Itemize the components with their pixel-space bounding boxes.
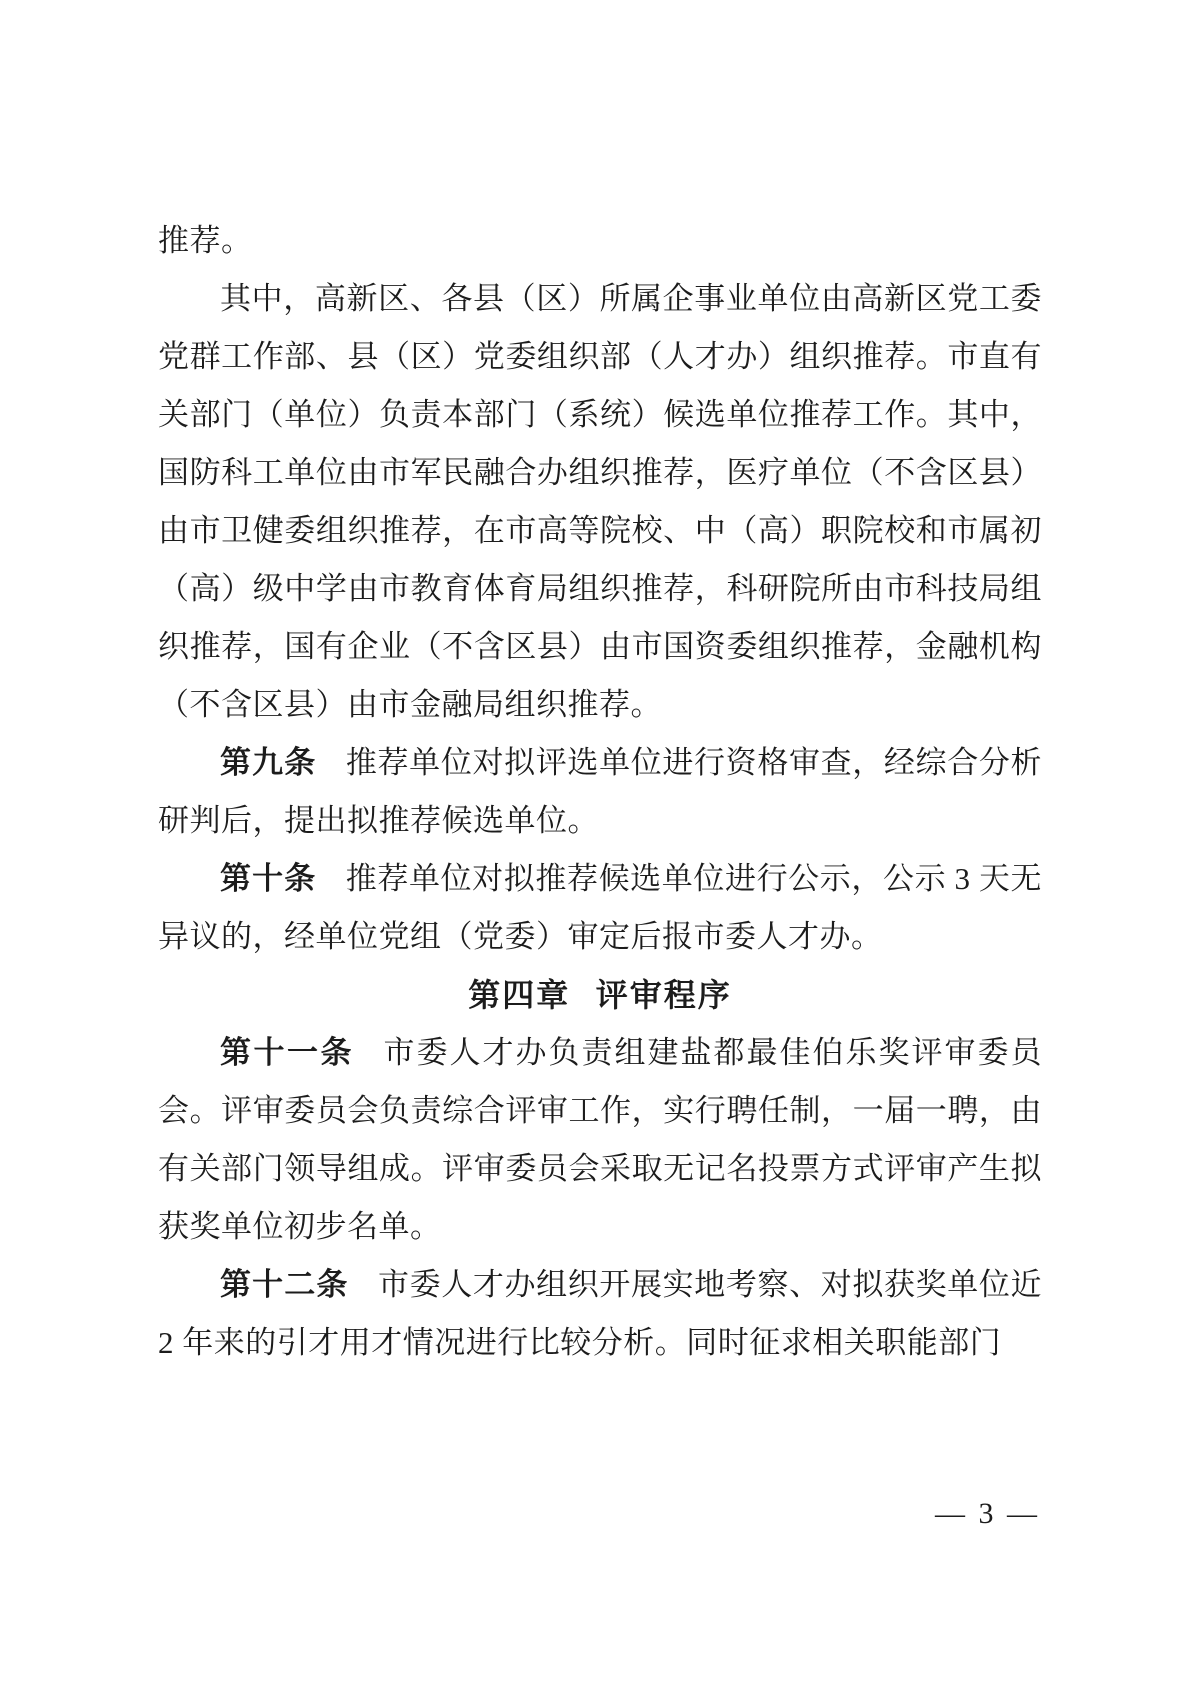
paragraph-text: 推荐。 xyxy=(158,223,253,258)
document-page: 推荐。 其中，高新区、各县（区）所属企事业单位由高新区党工委党群工作部、县（区）… xyxy=(0,0,1191,1684)
paragraph-recommendation-channels: 其中，高新区、各县（区）所属企事业单位由高新区党工委党群工作部、县（区）党委组织… xyxy=(158,270,1042,734)
chapter-4-heading: 第四章评审程序 xyxy=(158,966,1042,1024)
paragraph-continuation: 推荐。 xyxy=(158,212,1042,270)
article-9-label: 第九条 xyxy=(220,745,316,780)
article-12-label: 第十二条 xyxy=(220,1267,349,1302)
document-body: 推荐。 其中，高新区、各县（区）所属企事业单位由高新区党工委党群工作部、县（区）… xyxy=(158,212,1042,1372)
paragraph-article-11: 第十一条市委人才办负责组建盐都最佳伯乐奖评审委员会。评审委员会负责综合评审工作，… xyxy=(158,1024,1042,1256)
article-10-label: 第十条 xyxy=(220,861,316,896)
paragraph-article-12: 第十二条市委人才办组织开展实地考察、对拟获奖单位近 2 年来的引才用才情况进行比… xyxy=(158,1256,1042,1372)
page-number: — 3 — xyxy=(935,1492,1040,1536)
paragraph-article-9: 第九条推荐单位对拟评选单位进行资格审查，经综合分析研判后，提出拟推荐候选单位。 xyxy=(158,734,1042,850)
paragraph-article-10: 第十条推荐单位对拟推荐候选单位进行公示，公示 3 天无异议的，经单位党组（党委）… xyxy=(158,850,1042,966)
chapter-number: 第四章 xyxy=(468,977,570,1013)
paragraph-text: 其中，高新区、各县（区）所属企事业单位由高新区党工委党群工作部、县（区）党委组织… xyxy=(158,281,1042,722)
chapter-title: 评审程序 xyxy=(596,977,732,1013)
article-11-label: 第十一条 xyxy=(220,1035,354,1070)
